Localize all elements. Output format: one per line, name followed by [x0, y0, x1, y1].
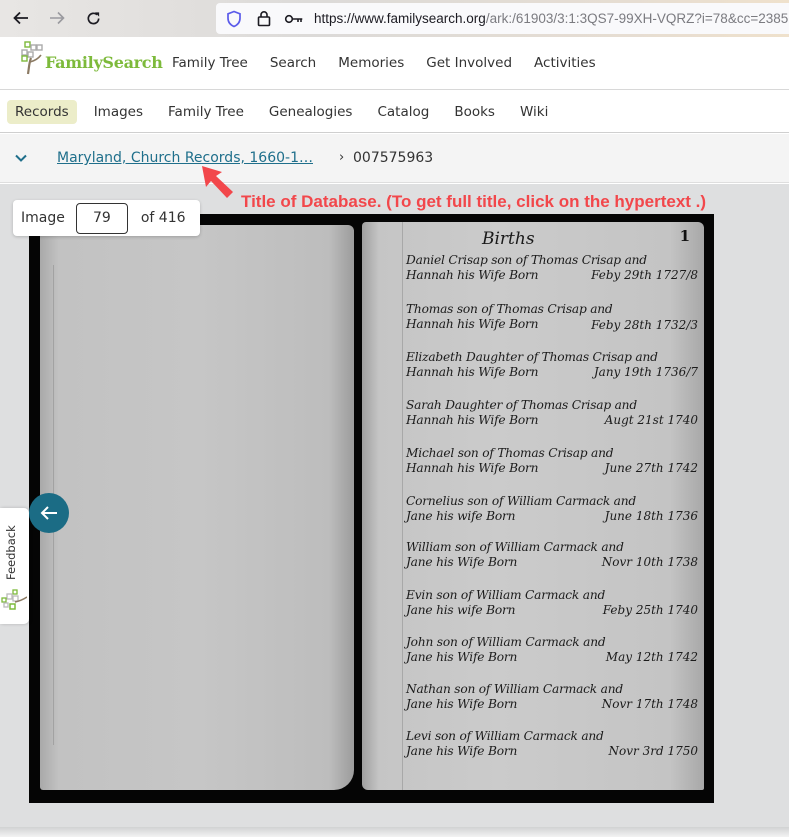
url-path: /ark:/61903/3:1:3QS7-99XH-VQRZ?i=78&cc=2…	[486, 11, 788, 26]
entry-date: Feby 28th 1732/3	[591, 318, 698, 332]
subnav-images[interactable]: Images	[86, 100, 151, 124]
page-number: 1	[680, 227, 690, 245]
arrow-right-icon	[49, 11, 65, 25]
family-tree-logo-icon	[20, 41, 44, 75]
site-header: FamilySearch Family Tree Search Memories…	[0, 37, 789, 90]
breadcrumb-separator: ›	[339, 150, 344, 165]
right-page: Births 1 Daniel Crisap son of Thomas Cri…	[362, 222, 704, 790]
address-bar[interactable]: https://www.familysearch.org/ark:/61903/…	[216, 3, 789, 34]
nav-search[interactable]: Search	[270, 55, 316, 71]
chevron-down-icon[interactable]	[12, 149, 30, 167]
entry-date: June 18th 1736	[605, 509, 698, 523]
film-number: 007575963	[353, 150, 433, 166]
back-button[interactable]	[8, 6, 34, 30]
search-subnav: Records Images Family Tree Genealogies C…	[0, 91, 789, 133]
nav-activities[interactable]: Activities	[534, 55, 596, 71]
entry-date: Jany 19th 1736/7	[594, 365, 698, 379]
arrow-left-icon	[13, 11, 29, 25]
tracking-shield-icon[interactable]	[224, 9, 244, 29]
image-label: Image	[21, 210, 65, 226]
breadcrumb: Maryland, Church Records, 1660-1… › 0075…	[0, 134, 789, 183]
forward-button[interactable]	[44, 6, 70, 30]
main-nav: Family Tree Search Memories Get Involved…	[172, 55, 618, 71]
entry-date: June 27th 1742	[605, 461, 698, 475]
annotation-text: Title of Database. (To get full title, c…	[241, 192, 706, 212]
feedback-label: Feedback	[4, 525, 18, 580]
image-counter: Image of 416	[13, 200, 200, 236]
subnav-catalog[interactable]: Catalog	[369, 100, 437, 124]
key-icon[interactable]	[284, 9, 304, 29]
page-heading: Births	[482, 229, 535, 249]
reload-button[interactable]	[80, 6, 106, 30]
logo-text: FamilySearch	[45, 53, 163, 72]
browser-toolbar: https://www.familysearch.org/ark:/61903/…	[0, 0, 789, 37]
url-text: https://www.familysearch.org/ark:/61903/…	[314, 11, 788, 26]
subnav-family-tree[interactable]: Family Tree	[160, 100, 252, 124]
entry-date: May 12th 1742	[606, 650, 698, 664]
entry-date: Feby 29th 1727/8	[591, 268, 698, 282]
feedback-tab[interactable]: Feedback	[0, 508, 29, 624]
entry-date: Novr 3rd 1750	[609, 744, 698, 758]
viewer-bottom-edge	[0, 827, 789, 837]
image-number-input[interactable]	[76, 203, 128, 234]
entry-date: Novr 17th 1748	[602, 697, 698, 711]
annotation-arrow-icon	[199, 165, 239, 201]
subnav-wiki[interactable]: Wiki	[512, 100, 556, 124]
familysearch-logo[interactable]: FamilySearch	[20, 41, 163, 75]
lock-icon[interactable]	[254, 9, 274, 29]
reload-icon	[86, 11, 101, 26]
arrow-left-icon	[40, 505, 58, 521]
nav-family-tree[interactable]: Family Tree	[172, 55, 248, 71]
nav-get-involved[interactable]: Get Involved	[426, 55, 512, 71]
image-total: of 416	[141, 210, 186, 226]
subnav-books[interactable]: Books	[446, 100, 503, 124]
family-tree-logo-icon	[1, 588, 27, 612]
nav-memories[interactable]: Memories	[338, 55, 404, 71]
record-image[interactable]: Births 1 Daniel Crisap son of Thomas Cri…	[29, 214, 714, 803]
url-host: https://www.familysearch.org	[314, 11, 486, 26]
left-page	[40, 225, 354, 790]
subnav-genealogies[interactable]: Genealogies	[261, 100, 361, 124]
subnav-records[interactable]: Records	[7, 100, 77, 124]
entry-date: Novr 10th 1738	[602, 555, 698, 569]
entry-date: Feby 25th 1740	[603, 603, 698, 617]
entry-date: Augt 21st 1740	[605, 413, 698, 427]
previous-image-button[interactable]	[29, 493, 69, 533]
collection-title-link[interactable]: Maryland, Church Records, 1660-1…	[57, 150, 313, 166]
